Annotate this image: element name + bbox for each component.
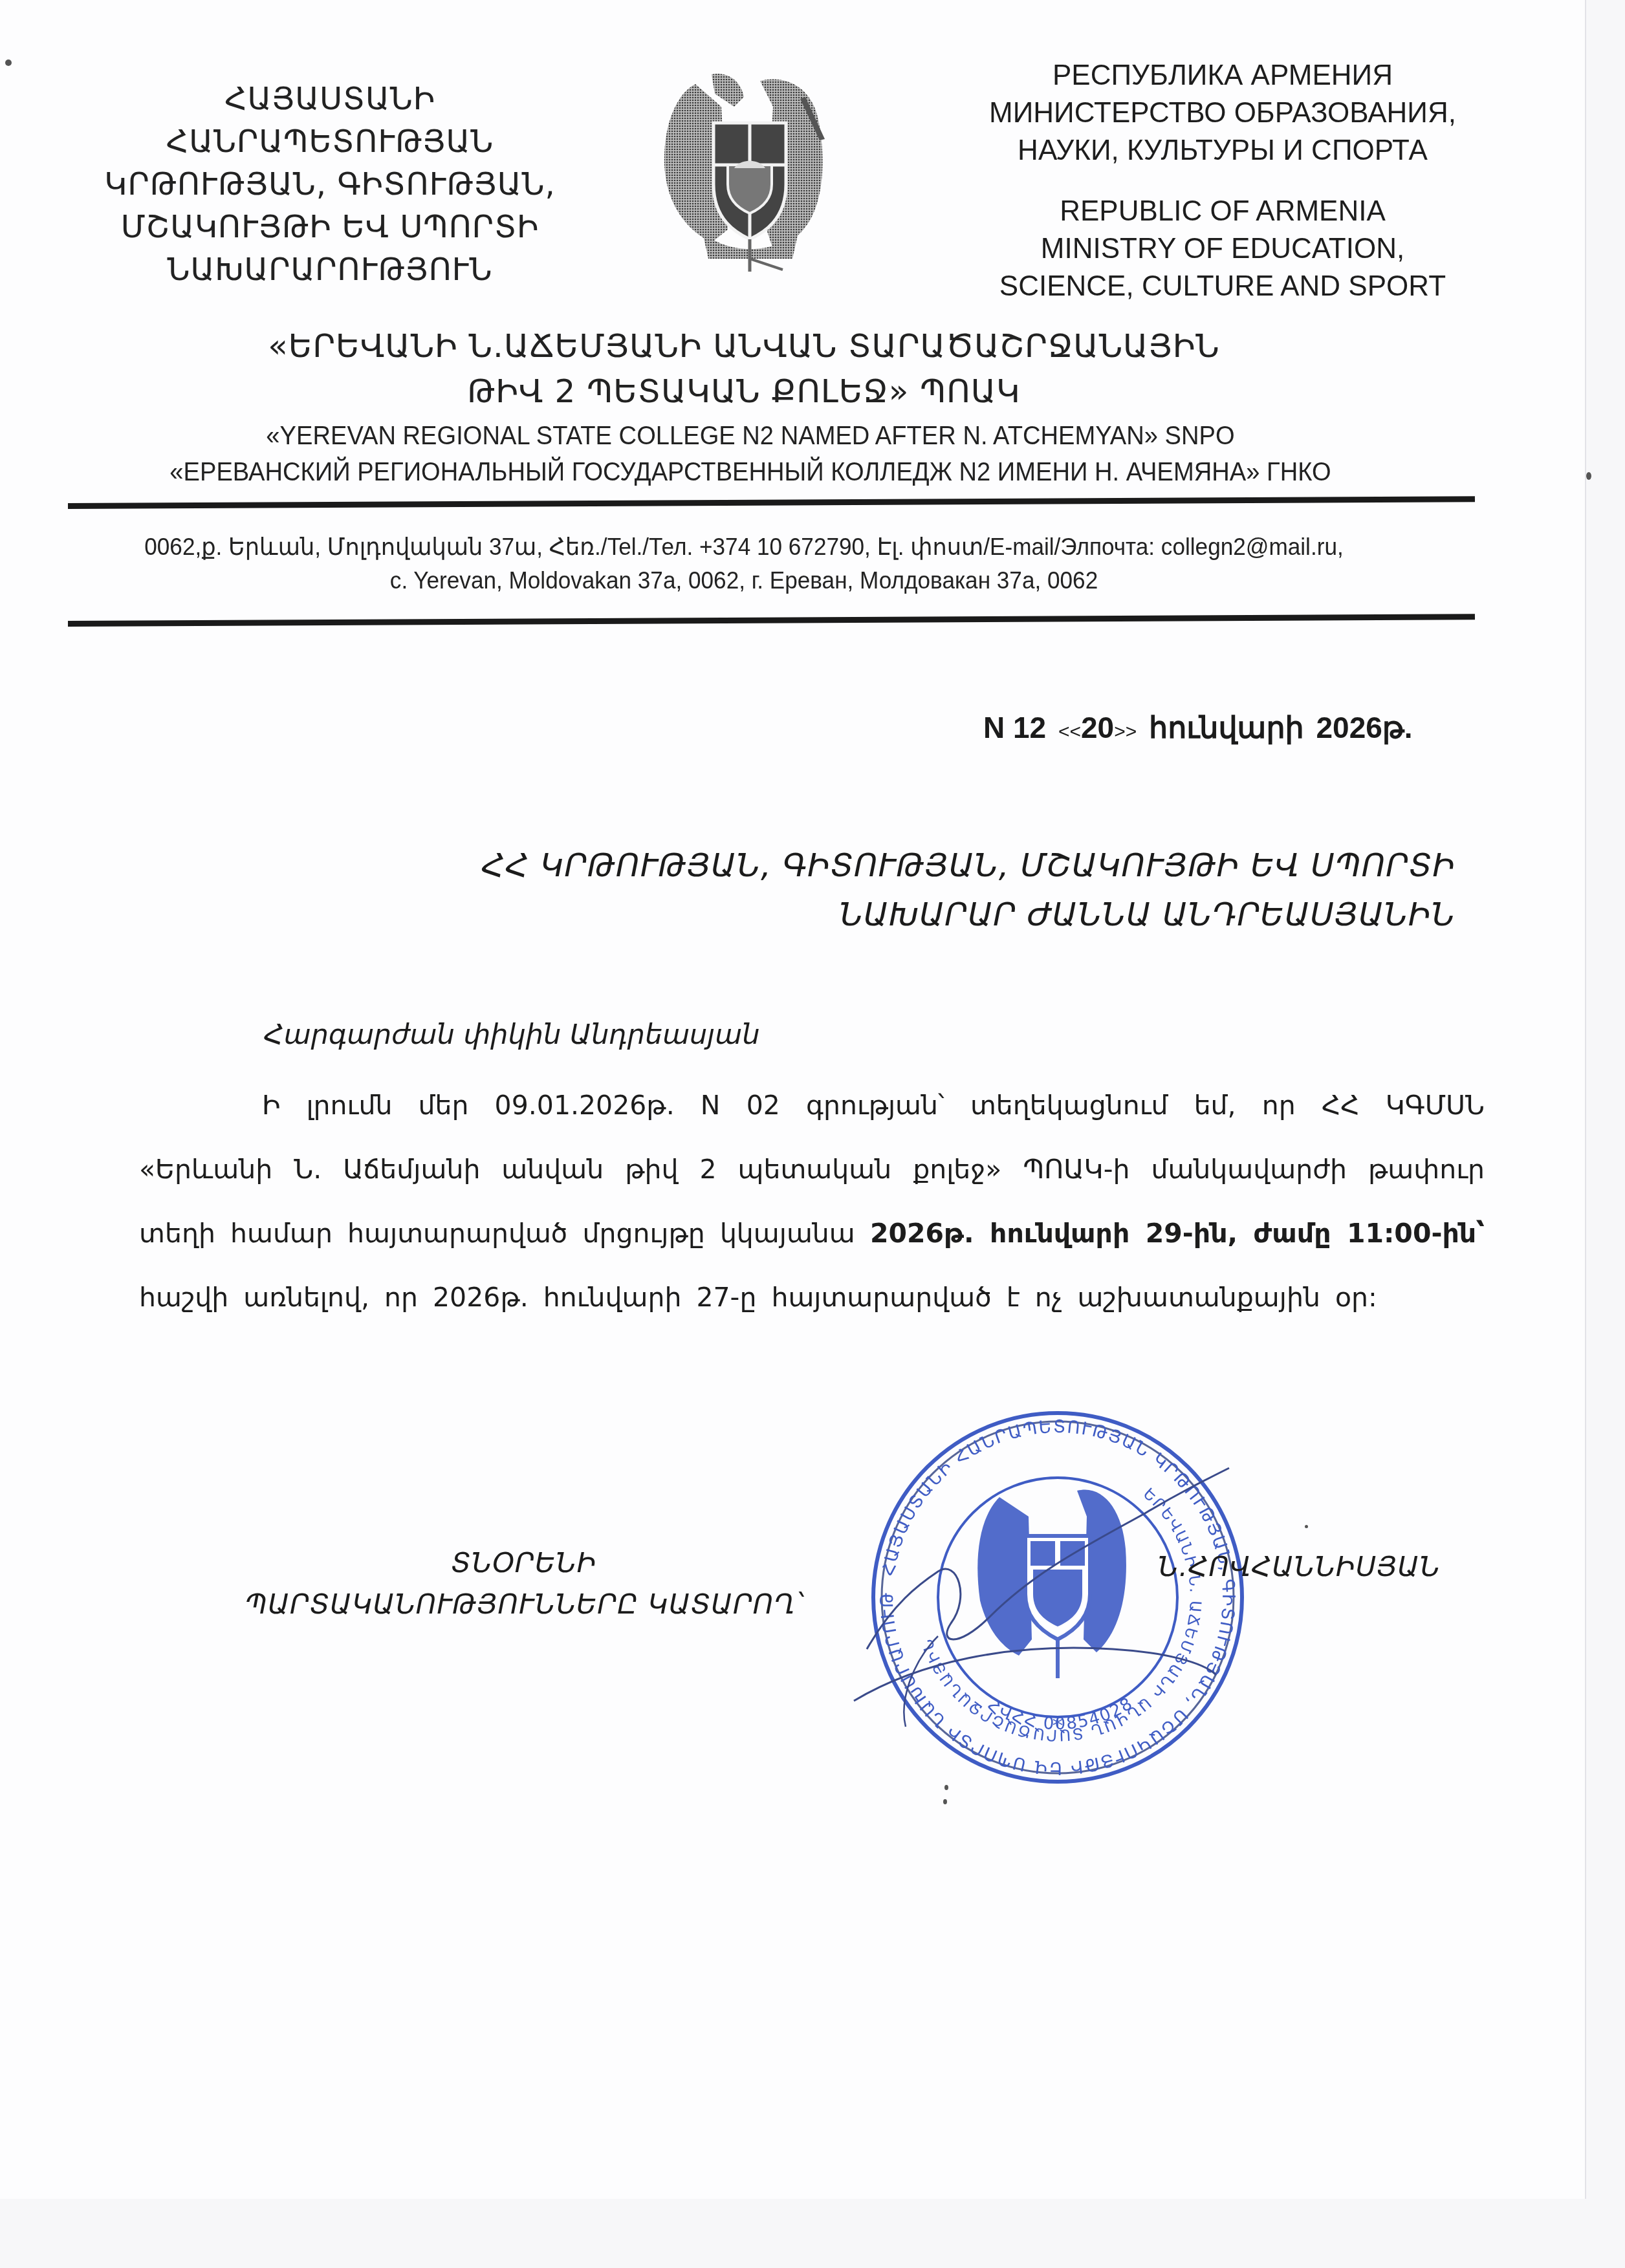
letter-page: ՀԱՅԱՍՏԱՆԻ ՀԱՆՐԱՊԵՏՈՒԹՅԱՆ ԿՐԹՈՒԹՅԱՆ, ԳԻՏՈ… xyxy=(0,0,1585,2199)
signatory-title: ՏՆՕՐԵՆԻ ՊԱՐՏԱԿԱՆՈՒԹՅՈՒՆՆԵՐԸ ԿԱՏԱՐՈՂ՝ xyxy=(168,1542,880,1625)
college-name-foreign: «YEREVAN REGIONAL STATE COLLEGE N2 NAMED… xyxy=(143,417,1358,490)
ministry-name-foreign: РЕСПУБЛИКА АРМЕНИЯ МИНИСТЕРСТВО ОБРАЗОВА… xyxy=(957,57,1488,305)
letter-body: Ի լրումն մեր 09.01.2026թ. N 02 գրության՝… xyxy=(139,1074,1485,1330)
letter-number: N 12 xyxy=(983,711,1046,744)
addressee-line: ՀՀ ԿՐԹՈՒԹՅԱՆ, ԳԻՏՈՒԹՅԱՆ, ՄՇԱԿՈՒՅԹԻ ԵՎ ՍՊ… xyxy=(420,841,1456,890)
scan-speck xyxy=(1586,472,1591,480)
quote-open: << xyxy=(1058,721,1081,742)
contacts-line: 0062,ք. Երևան, Մոլդովական 37ա, Հեռ./Tel.… xyxy=(129,530,1358,564)
ministry-en-line: REPUBLIC OF ARMENIA xyxy=(957,193,1488,230)
header-rule-bottom xyxy=(68,614,1475,627)
ministry-en-line: SCIENCE, CULTURE AND SPORT xyxy=(957,268,1488,305)
quote-close: >> xyxy=(1114,721,1137,742)
handwritten-signature xyxy=(841,1455,1294,1766)
ministry-ru-line: РЕСПУБЛИКА АРМЕНИЯ xyxy=(957,57,1488,94)
letter-day: 20 xyxy=(1081,711,1114,744)
salutation: Հարգարժան փիկին Անդրեասյան xyxy=(264,1019,759,1051)
ministry-ru-line: НАУКИ, КУЛЬТУРЫ И СПОРТА xyxy=(957,132,1488,169)
signatory-title-line: ՊԱՐՏԱԿԱՆՈՒԹՅՈՒՆՆԵՐԸ ԿԱՏԱՐՈՂ՝ xyxy=(168,1584,880,1625)
letter-year: 2026թ. xyxy=(1316,711,1413,744)
scan-speck xyxy=(1305,1525,1308,1528)
header-rule-top xyxy=(68,496,1475,509)
addressee: ՀՀ ԿՐԹՈՒԹՅԱՆ, ԳԻՏՈՒԹՅԱՆ, ՄՇԱԿՈՒՅԹԻ ԵՎ ՍՊ… xyxy=(420,841,1456,939)
college-name-english: «YEREVAN REGIONAL STATE COLLEGE N2 NAMED… xyxy=(143,417,1358,453)
body-text-part: հաշվի առնելով, որ 2026թ. հունվարի 27-ը հ… xyxy=(139,1282,1377,1313)
letter-reference: N 12 <<20>> հունվարի 2026թ. xyxy=(983,710,1417,745)
ministry-hy-line: ԿՐԹՈՒԹՅԱՆ, ԳԻՏՈՒԹՅԱՆ, xyxy=(97,163,563,206)
body-meeting-datetime: 2026թ. հունվարի 29-ին, ժամը 11:00-ին՝ xyxy=(870,1218,1485,1249)
ministry-name-armenian: ՀԱՅԱՍՏԱՆԻ ՀԱՆՐԱՊԵՏՈՒԹՅԱՆ ԿՐԹՈՒԹՅԱՆ, ԳԻՏՈ… xyxy=(97,78,563,291)
ministry-hy-line: ՄՇԱԿՈՒՅԹԻ ԵՎ ՍՊՈՐՏԻ xyxy=(97,206,563,248)
ministry-hy-line: ՀԱՆՐԱՊԵՏՈՒԹՅԱՆ xyxy=(97,120,563,163)
contacts-line: c. Yerevan, Moldovakan 37a, 0062, г. Ере… xyxy=(129,564,1358,598)
ministry-en: REPUBLIC OF ARMENIA MINISTRY OF EDUCATIO… xyxy=(957,193,1488,305)
scan-speck xyxy=(5,59,12,66)
ministry-ru: РЕСПУБЛИКА АРМЕНИЯ МИНИСТЕРСТВО ОБРАЗОВА… xyxy=(957,57,1488,169)
signatory-name: Ն.ՀՈՎՀԱՆՆԻՍՅԱՆ xyxy=(1158,1551,1441,1583)
ministry-hy-line: ՆԱԽԱՐԱՐՈՒԹՅՈՒՆ xyxy=(97,248,563,291)
letter-month: հունվարի xyxy=(1149,711,1304,744)
scanner-edge xyxy=(1585,0,1586,2199)
signatory-title-line: ՏՆՕՐԵՆԻ xyxy=(168,1542,880,1584)
scan-speck xyxy=(943,1799,947,1804)
college-hy-line: «ԵՐԵՎԱՆԻ Ն.ԱՃԵՄՅԱՆԻ ԱՆՎԱՆ ՏԱՐԱԾԱՇՐՋԱՆԱՅԻ… xyxy=(194,323,1294,369)
college-hy-line: ԹԻՎ 2 ՊԵՏԱԿԱՆ ՔՈԼԵՋ» ՊՈԱԿ xyxy=(194,369,1294,414)
armenia-coat-of-arms-icon xyxy=(650,68,844,275)
ministry-ru-line: МИНИСТЕРСТВО ОБРАЗОВАНИЯ, xyxy=(957,94,1488,132)
ministry-hy-line: ՀԱՅԱՍՏԱՆԻ xyxy=(97,78,563,120)
college-name-russian: «ЕРЕВАНСКИЙ РЕГИОНАЛЬНЫЙ ГОСУДАРСТВЕННЫЙ… xyxy=(143,453,1358,490)
college-contacts: 0062,ք. Երևան, Մոլդովական 37ա, Հեռ./Tel.… xyxy=(129,530,1358,598)
ministry-en-line: MINISTRY OF EDUCATION, xyxy=(957,230,1488,268)
addressee-line: ՆԱԽԱՐԱՐ ԺԱՆՆԱ ԱՆԴՐԵԱՍՅԱՆԻՆ xyxy=(420,890,1456,939)
college-name-armenian: «ԵՐԵՎԱՆԻ Ն.ԱՃԵՄՅԱՆԻ ԱՆՎԱՆ ՏԱՐԱԾԱՇՐՋԱՆԱՅԻ… xyxy=(194,323,1294,414)
